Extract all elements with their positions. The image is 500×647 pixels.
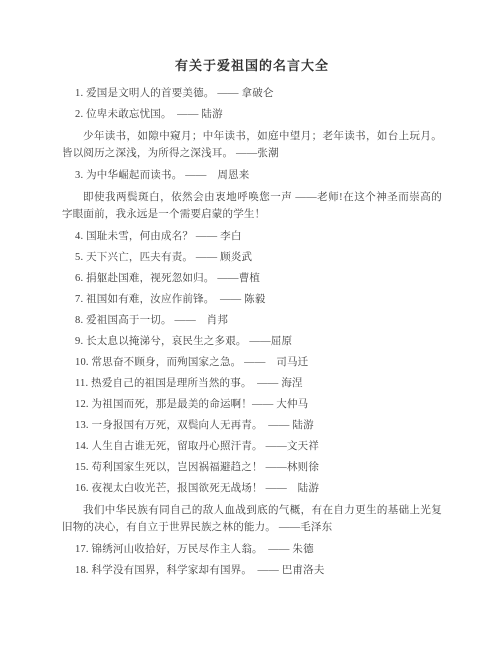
- quote-item-10: 10. 常思奋不顾身，而殉国家之急。 —— 司马迁: [75, 355, 442, 370]
- paragraph-mao: 我们中华民族有同自己的敌人血战到底的气概，有在自力更生的基础上光复旧物的决心，有…: [62, 502, 442, 536]
- quote-item-5: 5. 天下兴亡，匹夫有责。 —— 顾炎武: [75, 250, 442, 265]
- paragraph-zhangchao: 少年读书，如隙中窥月；中年读书，如庭中望月；老年读书，如台上玩月。皆以阅历之深浅…: [62, 128, 442, 162]
- quote-item-13: 13. 一身报国有万死，双鬓向人无再青。 —— 陆游: [75, 418, 442, 433]
- quote-item-15: 15. 苟利国家生死以，岂因祸福避趋之！ ——林则徐: [75, 460, 442, 475]
- quote-item-11: 11. 热爱自己的祖国是理所当然的事。 —— 海涅: [75, 376, 442, 391]
- quote-item-4: 4. 国耻未雪，何由成名？ —— 李白: [75, 229, 442, 244]
- quote-item-16: 16. 夜视太白收光芒，报国欲死无战场！ —— 陆游: [75, 481, 442, 496]
- quote-item-17: 17. 锦绣河山收拾好，万民尽作主人翁。 —— 朱德: [75, 542, 442, 557]
- quote-item-6: 6. 捐躯赴国难，视死忽如归。 ——曹植: [75, 271, 442, 286]
- document-body: 有关于爱祖国的名言大全 1. 爱国是文明人的首要美德。 —— 拿破仑 2. 位卑…: [0, 0, 500, 578]
- page-title: 有关于爱祖国的名言大全: [62, 56, 442, 76]
- quote-item-12: 12. 为祖国而死，那是最美的命运啊！—— 大仲马: [75, 397, 442, 412]
- quote-item-1: 1. 爱国是文明人的首要美德。 —— 拿破仑: [75, 86, 442, 101]
- document-page: 有关于爱祖国的名言大全 1. 爱国是文明人的首要美德。 —— 拿破仑 2. 位卑…: [0, 0, 500, 647]
- paragraph-teacher: 即使我两鬓斑白，依然会由衷地呼唤您一声 ——老师!在这个神圣而崇高的字眼面前，我…: [62, 189, 442, 223]
- quote-item-2: 2. 位卑未敢忘忧国。 —— 陆游: [75, 107, 442, 122]
- quote-item-3: 3. 为中华崛起而读书。 —— 周恩来: [75, 168, 442, 183]
- quote-item-9: 9. 长太息以掩涕兮，哀民生之多艰。 ——屈原: [75, 334, 442, 349]
- quote-item-8: 8. 爱祖国高于一切。 —— 肖邦: [75, 313, 442, 328]
- quote-item-14: 14. 人生自古谁无死，留取丹心照汗青。 ——文天祥: [75, 439, 442, 454]
- quote-item-18: 18. 科学没有国界，科学家却有国界。 —— 巴甫洛夫: [75, 563, 442, 578]
- quote-item-7: 7. 祖国如有难，汝应作前锋。 —— 陈毅: [75, 292, 442, 307]
